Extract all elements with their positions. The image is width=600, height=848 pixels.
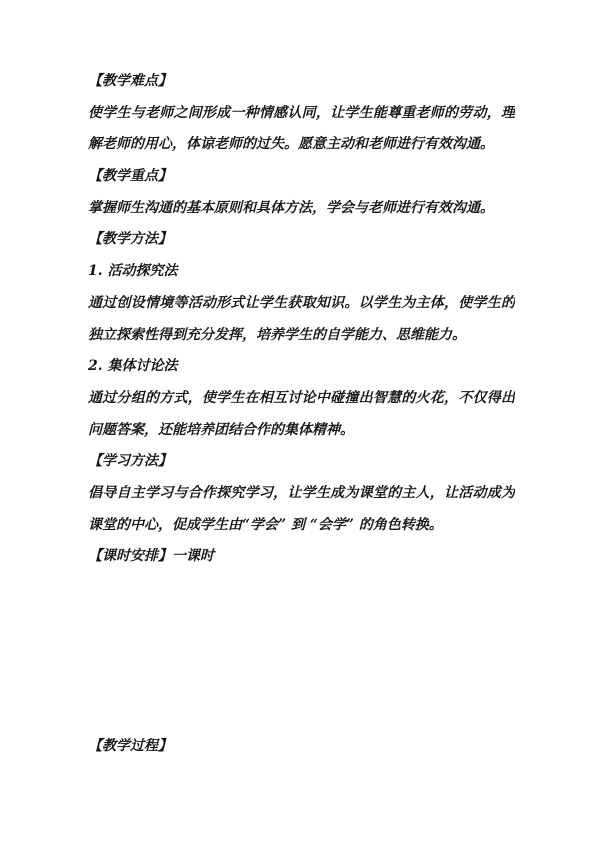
paragraph-line: 倡导自主学习与合作探究学习，让学生成为课堂的主人，让活动成为 [88,478,515,510]
section-heading-teaching-process: 【教学过程】 [88,731,515,763]
paragraph-line: 掌握师生沟通的基本原则和具体方法，学会与老师进行有效沟通。 [88,193,515,225]
paragraph-line: 独立探索性得到充分发挥，培养学生的自学能力、思维能力。 [88,320,515,352]
section-heading-teaching-difficulties: 【教学难点】 [88,66,515,98]
section-heading-learning-methods: 【学习方法】 [88,446,515,478]
document-content: 【教学难点】 使学生与老师之间形成一种情感认同，让学生能尊重老师的劳动，理 解老… [88,66,515,763]
paragraph-line: 通过创设情境等活动形式让学生获取知识。以学生为主体，使学生的 [88,288,515,320]
paragraph-line: 课堂的中心，促成学生由“学会” 到 “会学” 的角色转换。 [88,510,515,542]
section-heading-teaching-methods: 【教学方法】 [88,224,515,256]
paragraph-line: 使学生与老师之间形成一种情感认同，让学生能尊重老师的劳动，理 [88,98,515,130]
list-item-activity-inquiry-method: 1. 活动探究法 [88,256,515,288]
document-page: 【教学难点】 使学生与老师之间形成一种情感认同，让学生能尊重老师的劳动，理 解老… [0,0,600,848]
paragraph-line: 问题答案，还能培养团结合作的集体精神。 [88,415,515,447]
section-heading-class-schedule: 【课时安排】一课时 [88,541,515,573]
blank-gap [88,573,515,731]
paragraph-line: 通过分组的方式，使学生在相互讨论中碰撞出智慧的火花，不仅得出 [88,383,515,415]
paragraph-line: 解老师的用心，体谅老师的过失。愿意主动和老师进行有效沟通。 [88,129,515,161]
list-item-group-discussion-method: 2. 集体讨论法 [88,351,515,383]
section-heading-teaching-focus: 【教学重点】 [88,161,515,193]
